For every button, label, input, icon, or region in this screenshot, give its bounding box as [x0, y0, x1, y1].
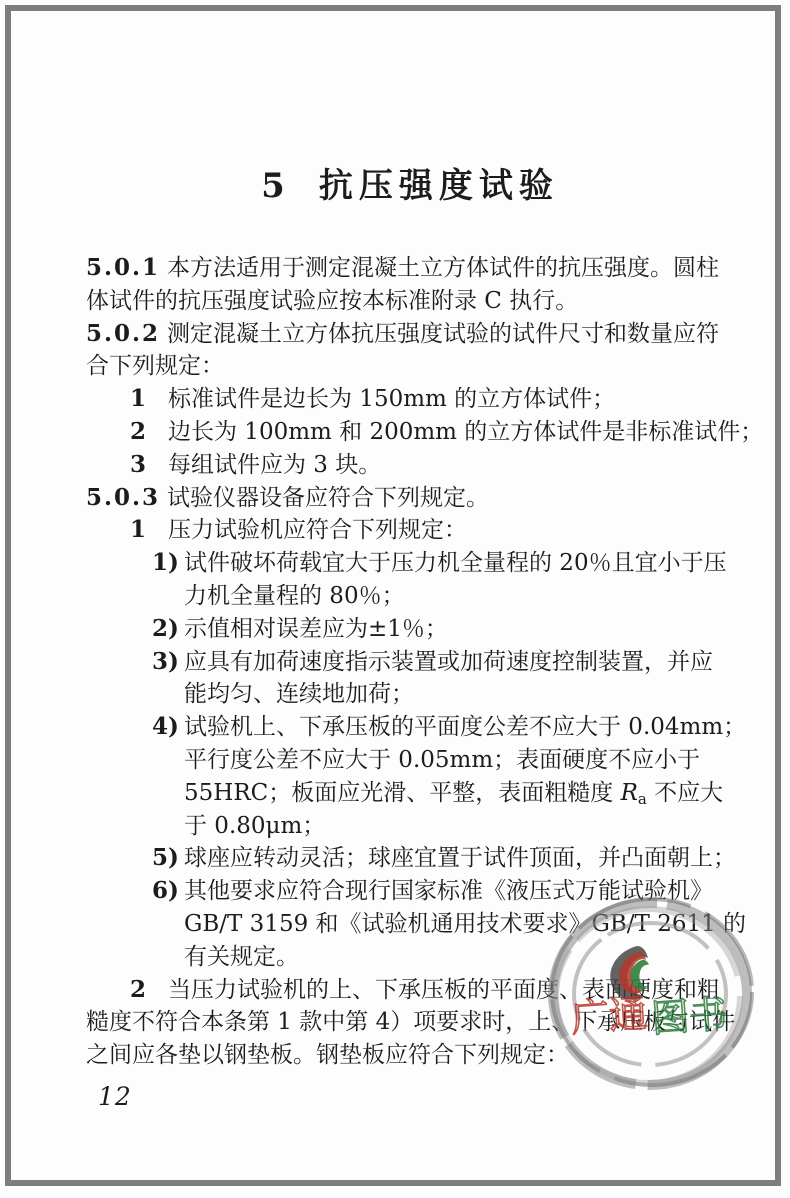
- line-text: 标准试件是边长为 150mm 的立方体试件；: [168, 386, 615, 412]
- text-line: 有关规定。: [86, 941, 726, 974]
- line-text: 平行度公差不应大于 0.05mm；表面硬度不应小于: [184, 747, 700, 773]
- text-line: 2当压力试验机的上、下承压板的平面度、表面硬度和粗: [86, 974, 726, 1007]
- chapter-title-text: 抗压强度试验: [319, 166, 559, 206]
- text-line: 2边长为 100mm 和 200mm 的立方体试件是非标准试件；: [86, 416, 726, 449]
- line-text: 合下列规定：: [86, 353, 224, 379]
- line-text: 能均匀、连续地加荷；: [184, 681, 414, 707]
- text-line: 5.0.3试验仪器设备应符合下列规定。: [86, 482, 726, 515]
- text-line: 合下列规定：: [86, 350, 726, 383]
- line-text: 试件破坏荷载宜大于压力机全量程的 20％且宜小于压: [184, 550, 727, 576]
- text-line: 5)球座应转动灵活；球座宜置于试件顶面，并凸面朝上；: [86, 842, 726, 875]
- chapter-title: 5抗压强度试验: [86, 164, 722, 208]
- text-line: 5.0.2测定混凝土立方体抗压强度试验的试件尺寸和数量应符: [86, 318, 726, 351]
- line-text: 体试件的抗压强度试验应按本标准附录 C 执行。: [86, 288, 578, 314]
- text-line: 6)其他要求应符合现行国家标准《液压式万能试验机》: [86, 875, 726, 908]
- line-text: 糙度不符合本条第 1 款中第 4）项要求时，上、下承压板与试件: [86, 1009, 735, 1035]
- text-line: 1压力试验机应符合下列规定：: [86, 514, 726, 547]
- line-text: 示值相对误差应为±1％；: [184, 616, 448, 642]
- text-line: 55HRC；板面应光滑、平整，表面粗糙度 Ra 不应大: [86, 777, 726, 810]
- clause-number: 5.0.1: [86, 252, 167, 285]
- text-line: 1标准试件是边长为 150mm 的立方体试件；: [86, 383, 726, 416]
- subitem-number: 5): [152, 842, 184, 875]
- subitem-number: 6): [152, 875, 184, 908]
- line-text: 于 0.80μm；: [184, 813, 325, 839]
- roughness-subscript: a: [638, 790, 647, 808]
- line-text: 试验机上、下承压板的平面度公差不应大于 0.04mm；: [184, 714, 746, 740]
- text-line: 4)试验机上、下承压板的平面度公差不应大于 0.04mm；: [86, 711, 726, 744]
- line-text: 当压力试验机的上、下承压板的平面度、表面硬度和粗: [168, 977, 720, 1003]
- line-text: 其他要求应符合现行国家标准《液压式万能试验机》: [184, 878, 713, 904]
- text-line: 3)应具有加荷速度指示装置或加荷速度控制装置，并应: [86, 646, 726, 679]
- line-text: 测定混凝土立方体抗压强度试验的试件尺寸和数量应符: [167, 321, 719, 347]
- line-text-pre: 55HRC；板面应光滑、平整，表面粗糙度: [184, 780, 621, 806]
- line-text: 力机全量程的 80％；: [184, 583, 405, 609]
- line-text: 压力试验机应符合下列规定：: [168, 517, 467, 543]
- text-line: 2)示值相对误差应为±1％；: [86, 613, 726, 646]
- line-text: 之间应各垫以钢垫板。钢垫板应符合下列规定：: [86, 1042, 569, 1068]
- subitem-number: 3): [152, 646, 184, 679]
- text-line: 力机全量程的 80％；: [86, 580, 726, 613]
- line-text: 有关规定。: [184, 944, 299, 970]
- clause-number: 5.0.2: [86, 318, 167, 351]
- line-text: 本方法适用于测定混凝土立方体试件的抗压强度。圆柱: [167, 255, 719, 281]
- text-line: 糙度不符合本条第 1 款中第 4）项要求时，上、下承压板与试件: [86, 1006, 726, 1039]
- item-number: 1: [130, 383, 168, 416]
- item-number: 2: [130, 974, 168, 1007]
- chapter-number: 5: [261, 166, 285, 206]
- line-text: GB/T 3159 和《试验机通用技术要求》GB/T 2611 的: [184, 911, 746, 937]
- text-line: 体试件的抗压强度试验应按本标准附录 C 执行。: [86, 285, 726, 318]
- text-line: 于 0.80μm；: [86, 810, 726, 843]
- subitem-number: 1): [152, 547, 184, 580]
- line-text: 每组试件应为 3 块。: [168, 452, 381, 478]
- line-text-post: 不应大: [647, 780, 723, 806]
- text-line: 3每组试件应为 3 块。: [86, 449, 726, 482]
- subitem-number: 4): [152, 711, 184, 744]
- item-number: 2: [130, 416, 168, 449]
- document-page: 5抗压强度试验 5.0.1本方法适用于测定混凝土立方体试件的抗压强度。圆柱 体试…: [0, 0, 790, 1198]
- subitem-number: 2): [152, 613, 184, 646]
- line-text: 试验仪器设备应符合下列规定。: [167, 485, 489, 511]
- text-line: 能均匀、连续地加荷；: [86, 678, 726, 711]
- text-line: 1)试件破坏荷载宜大于压力机全量程的 20％且宜小于压: [86, 547, 726, 580]
- line-text: 边长为 100mm 和 200mm 的立方体试件是非标准试件；: [168, 419, 763, 445]
- item-number: 3: [130, 449, 168, 482]
- text-line: 5.0.1本方法适用于测定混凝土立方体试件的抗压强度。圆柱: [86, 252, 726, 285]
- item-number: 1: [130, 514, 168, 547]
- body-text: 5.0.1本方法适用于测定混凝土立方体试件的抗压强度。圆柱 体试件的抗压强度试验…: [86, 252, 726, 1072]
- line-text: 应具有加荷速度指示装置或加荷速度控制装置，并应: [184, 649, 713, 675]
- text-line: GB/T 3159 和《试验机通用技术要求》GB/T 2611 的: [86, 908, 726, 941]
- page-number: 12: [98, 1082, 132, 1111]
- clause-number: 5.0.3: [86, 482, 167, 515]
- roughness-symbol: R: [621, 780, 638, 806]
- text-line: 之间应各垫以钢垫板。钢垫板应符合下列规定：: [86, 1039, 726, 1072]
- line-text: 球座应转动灵活；球座宜置于试件顶面，并凸面朝上；: [184, 845, 736, 871]
- text-line: 平行度公差不应大于 0.05mm；表面硬度不应小于: [86, 744, 726, 777]
